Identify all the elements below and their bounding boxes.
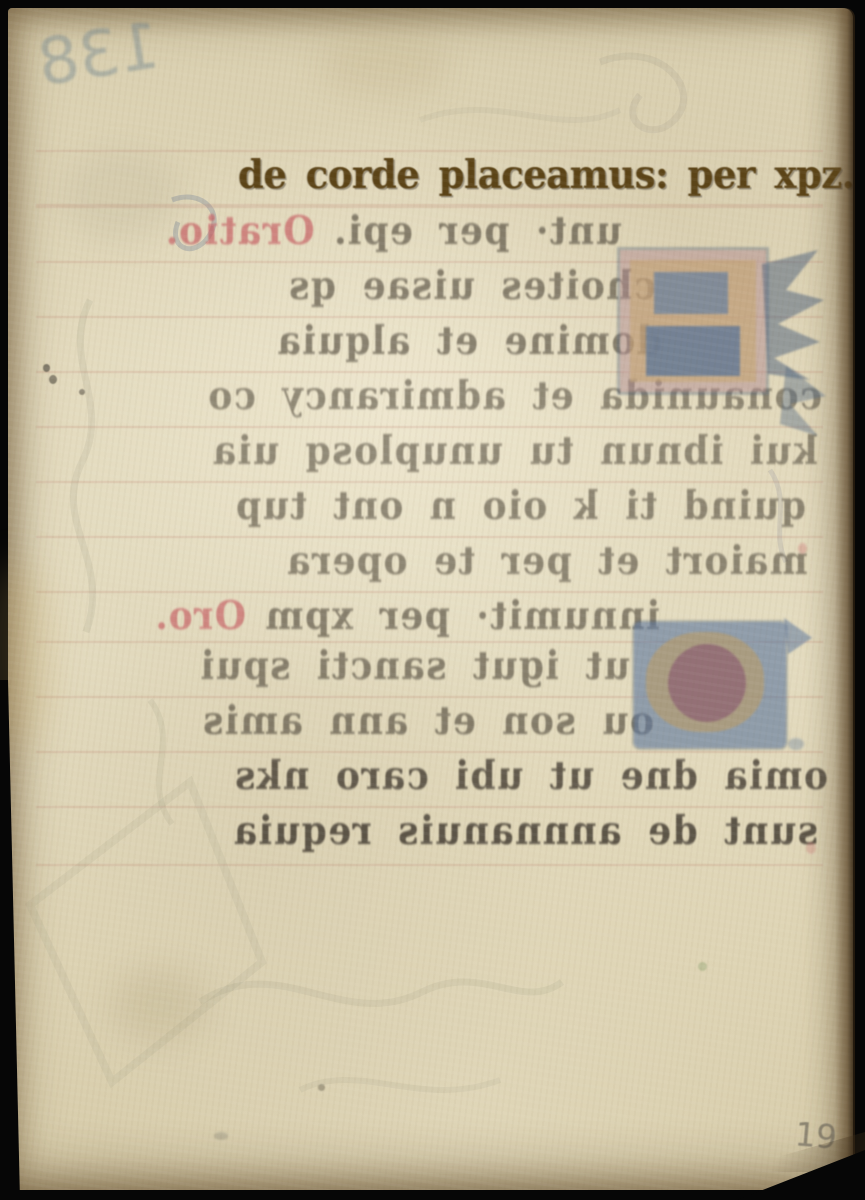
showthrough-line: ou son et ann amis (246, 698, 654, 748)
showthrough-segment-rubric: Oro. (154, 593, 246, 643)
showthrough-segment-ink: domine et alquia (276, 318, 662, 368)
showthrough-segment-ink: ut igut sancti spui (199, 643, 630, 693)
showthrough-line: maiort et per te opera (288, 538, 808, 588)
initial-purple-center (668, 644, 746, 722)
showthrough-segment-ink: innumit· per xpm (264, 593, 660, 643)
initial-corner-spur (784, 618, 812, 654)
showthrough-segment-ink: omia dne ut ubi caro nks (234, 753, 828, 803)
showthrough-segment-ink: sunt de annnanuis requia (232, 808, 818, 858)
showthrough-segment-ink: choites uisae qs (288, 263, 656, 313)
decorated-initial-icon (634, 618, 814, 754)
showthrough-line: domine et alquia (258, 318, 662, 368)
showthrough-segment-ink: unt· per epi. (333, 208, 622, 258)
showthrough-segment-ink: ou son et ann amis (202, 698, 654, 748)
showthrough-line: unt· per epi.Oratio. (226, 208, 622, 258)
showthrough-segment-ink: maiort et per te opera (286, 538, 808, 588)
initial-frame (620, 250, 766, 392)
initial-blue-panel (654, 272, 728, 314)
showthrough-segment-rubric: Oratio. (164, 208, 314, 258)
header-text-line: de corde placeamus: per xpz. (238, 151, 708, 198)
initial-blue-panel (646, 326, 740, 376)
showthrough-line: omia dne ut ubi caro nks (248, 753, 828, 803)
showthrough-line: sunt de annnanuis requia (240, 808, 818, 858)
page-edge-shadow (835, 8, 855, 1190)
showthrough-line: quind ti k oio n ont tup (256, 483, 806, 533)
showthrough-line: innumit· per xpmOro. (250, 593, 660, 643)
showthrough-line: ut igut sancti spui (288, 643, 630, 693)
ruling-line (36, 864, 823, 866)
manuscript-photo: de corde placeamus: per xpz. unt· per ep… (0, 0, 865, 1200)
decorated-initial-icon (620, 250, 820, 455)
initial-spike-flourish-icon (758, 244, 838, 454)
showthrough-line: choites uisae qs (278, 263, 656, 313)
showthrough-segment-ink: quind ti k oio n ont tup (235, 483, 806, 533)
